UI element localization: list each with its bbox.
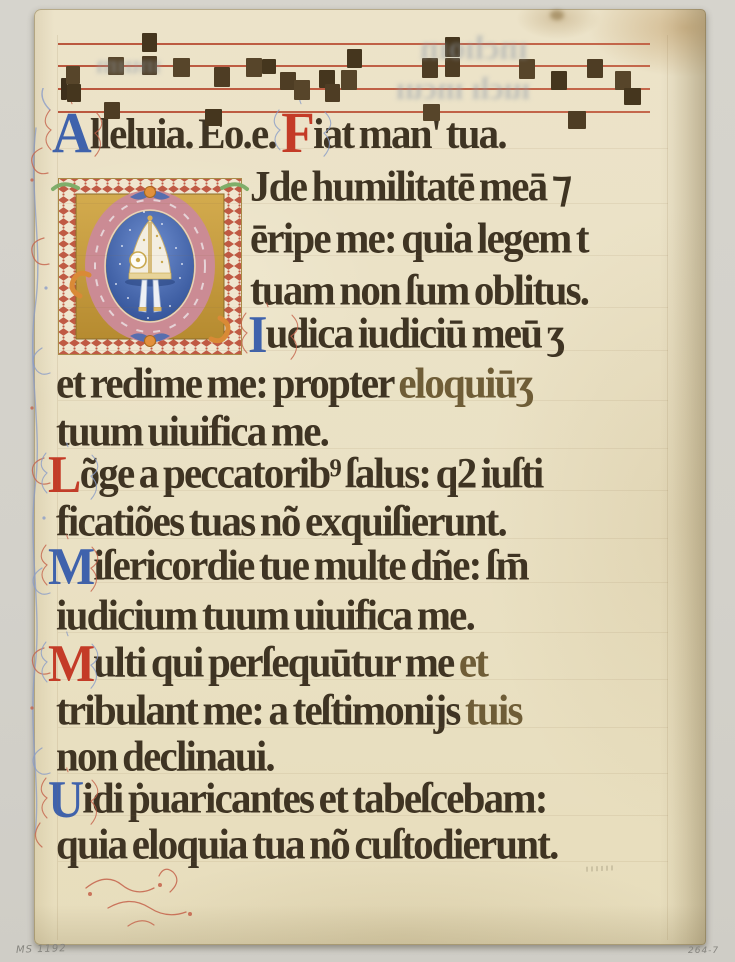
penwork-initial: I [248, 313, 266, 355]
neume-note [551, 71, 567, 90]
ruling-vertical [667, 35, 668, 940]
ruling-line [58, 350, 668, 351]
ruling-line [58, 448, 668, 449]
neume-note [325, 84, 340, 102]
text-line: ficatiões tuas nõ exquiſierunt. [56, 500, 506, 543]
manuscript-photo: Alleluia. Eo.e. Fiat man' tua.Jde humili… [0, 0, 735, 962]
showthrough-text: ınuım [96, 50, 161, 80]
neume-note [347, 49, 362, 68]
text-run: iat man' tua. [313, 109, 506, 157]
ruling-line [58, 148, 668, 149]
neume-note [246, 58, 262, 77]
accession-number-annotation: 264-7 [688, 946, 719, 956]
ruling-line [58, 255, 668, 256]
neume-note [205, 109, 222, 126]
ruling-line [58, 538, 668, 539]
text-line: Miſericordie tue multe dñe: ſm̄ [48, 544, 528, 587]
penwork-initial: M [48, 642, 93, 684]
ruling-line [58, 490, 668, 491]
text-line: tuum uiuifica me. [56, 410, 328, 453]
illuminated-initial-panel [58, 178, 242, 355]
neume-note [587, 59, 603, 78]
ruling-vertical [57, 35, 58, 940]
neume-note [173, 58, 190, 77]
penwork-initial: F [281, 110, 313, 156]
text-line: Iudica iudiciū meū ʒ [248, 312, 564, 355]
penwork-initial: L [48, 453, 80, 495]
neume-note [262, 59, 276, 74]
penwork-initial: U [48, 778, 82, 820]
neume-note [104, 102, 120, 119]
ruling-line [58, 203, 668, 204]
neume-note [67, 84, 81, 102]
showthrough-text: ınclıoın [420, 30, 528, 68]
ruling-line [58, 400, 668, 401]
showthrough-text: ıuclı ıncuı [396, 70, 530, 107]
neume-note [568, 111, 586, 129]
text-line: tuam non ſum oblitus. [250, 269, 588, 312]
text-line: Multi qui perſequūtur me et [48, 641, 487, 684]
ruling-line [58, 773, 668, 774]
neume-note [66, 66, 80, 84]
ruling-line [58, 861, 668, 862]
neume-note [294, 80, 310, 100]
ruling-line [58, 582, 668, 583]
text-line: Uidi ṗuaricantes et tabeſcebam: [48, 777, 547, 820]
text-line: iudicium tuum uiuifica me. [56, 594, 474, 637]
ruling-line [58, 632, 668, 633]
text-line: non declinaui. [56, 735, 274, 778]
ruling-line [58, 815, 668, 816]
ms-number-annotation: MS 1192 [16, 943, 67, 956]
neume-note [624, 88, 641, 105]
neume-note [214, 67, 230, 87]
ruling-line [58, 727, 668, 728]
ruling-line [58, 307, 668, 308]
stain [550, 10, 564, 20]
text-line: et redime me: propter eloquiūʒ [56, 362, 533, 405]
neume-note [341, 70, 357, 90]
text-line: ēripe me: quia legem t [250, 217, 588, 260]
ruling-line [58, 679, 668, 680]
penwork-initial: M [48, 545, 93, 587]
text-line: Lõge a peccatorib⁹ ſalus: q2 iuſti [48, 452, 542, 495]
text-line: tribulant me: a teſtimonijs tuis [56, 689, 522, 732]
text-line: Jde humilitatē meā ⁊ [250, 165, 570, 208]
text-line: quia eloquia tua nõ cuſtodierunt. [56, 823, 558, 866]
